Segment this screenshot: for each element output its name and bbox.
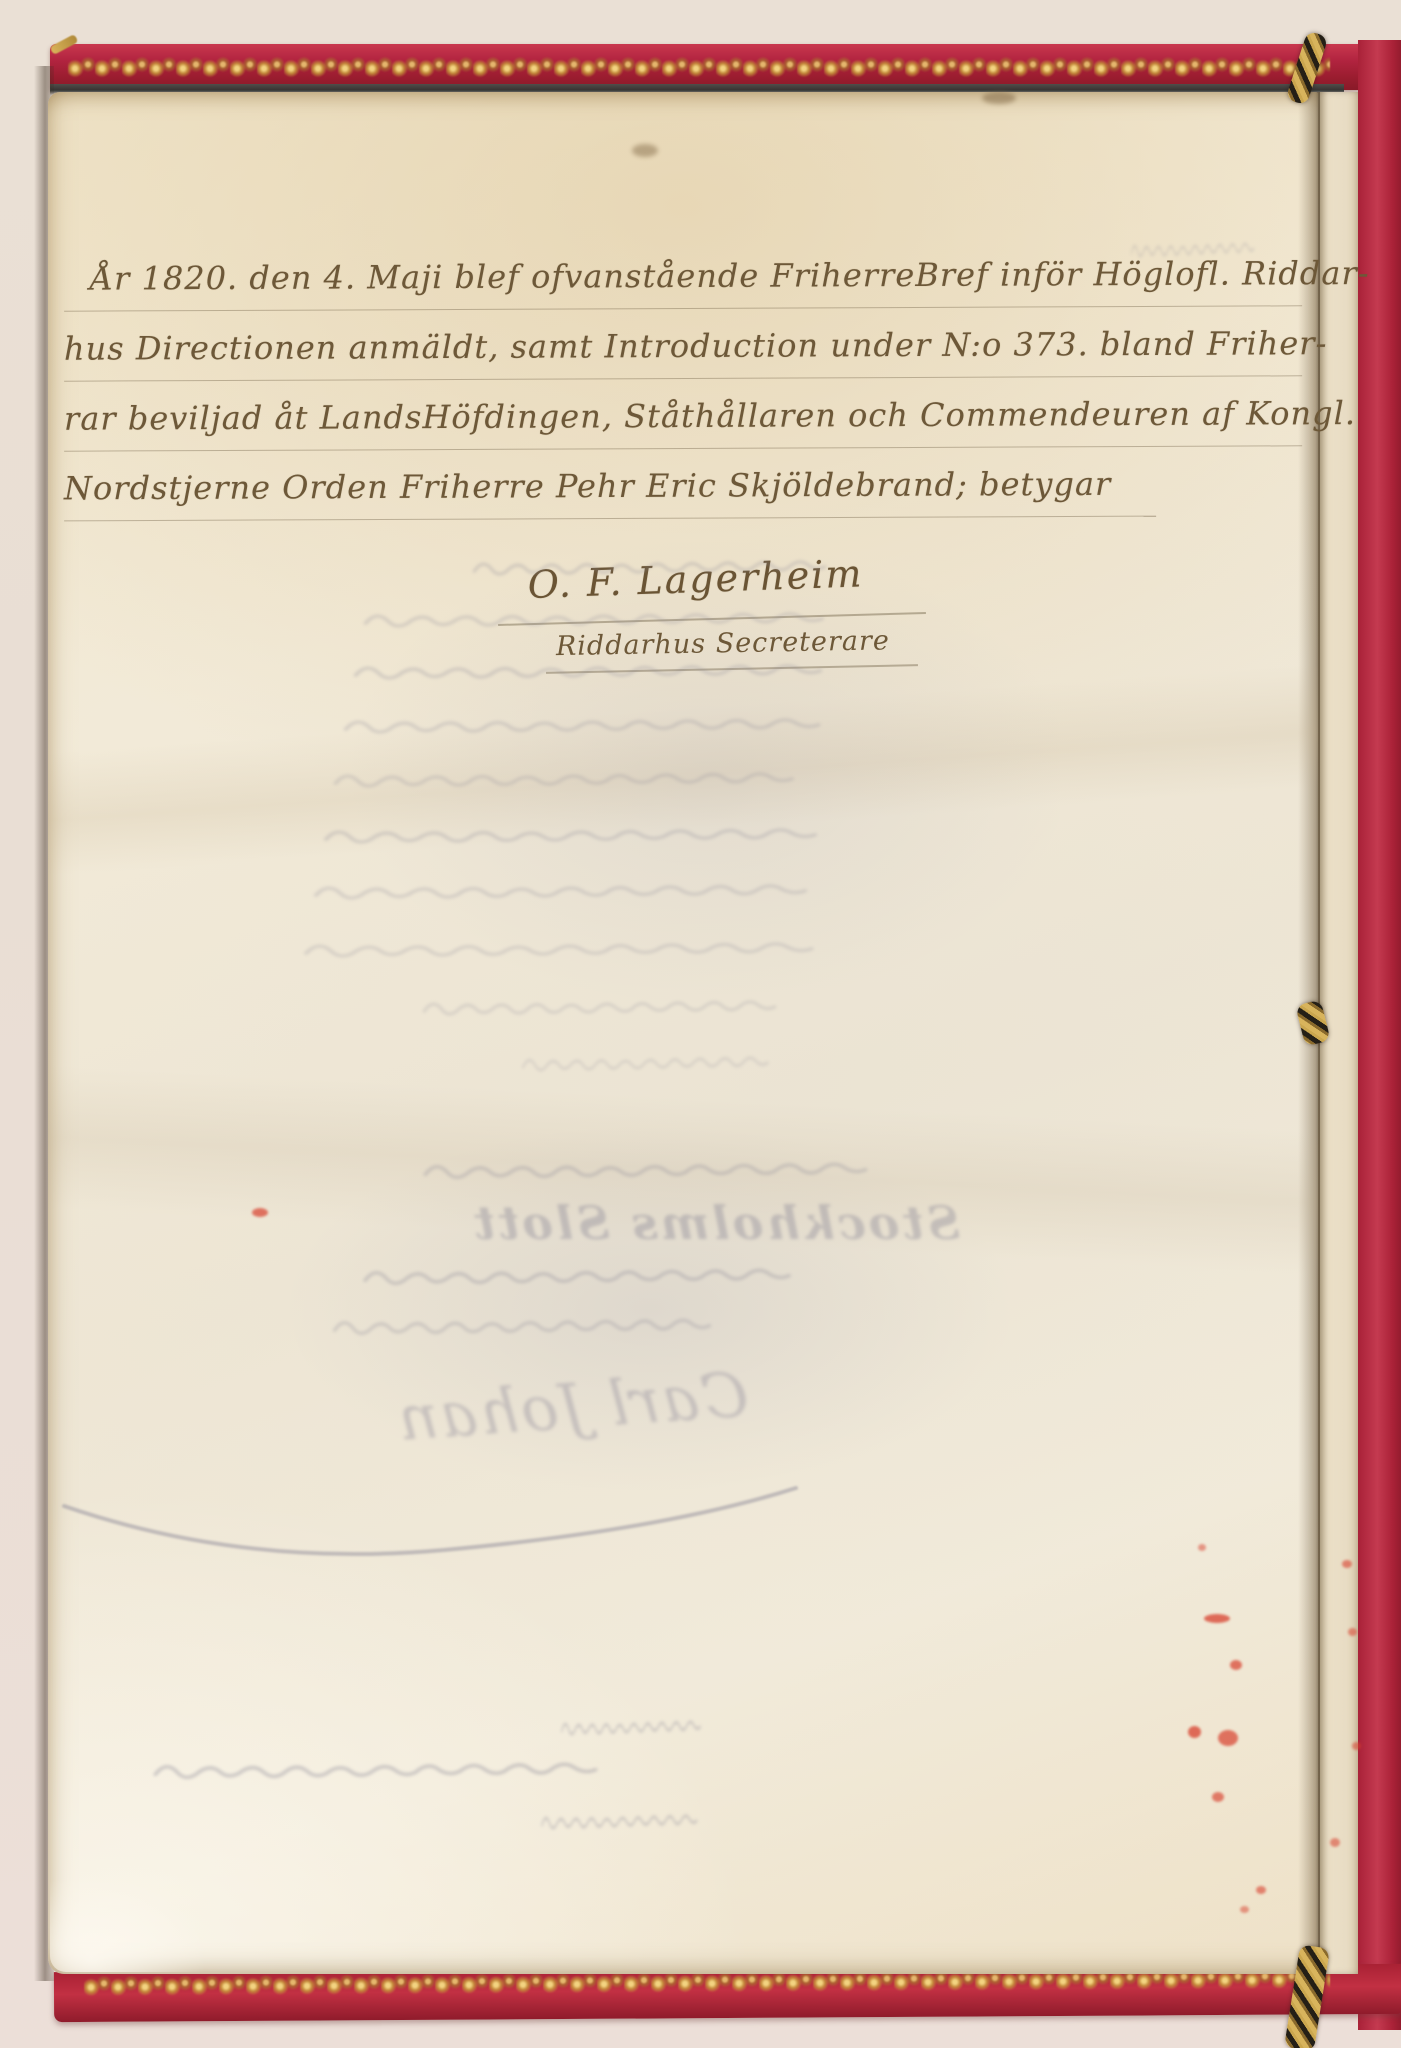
page-corner-curl: [50, 1820, 280, 1972]
red-stain: [1330, 1838, 1340, 1847]
bleedthrough-line: [420, 1158, 960, 1186]
bleedthrough-line: [540, 1810, 730, 1836]
scanned-book-page: År 1820. den 4. Maji blef ofvanstående F…: [0, 0, 1401, 2048]
bleedthrough-line: [520, 1052, 820, 1078]
bleedthrough-heading: Stockholms Slott: [320, 1196, 960, 1256]
manuscript-line-4: Nordstjerne Orden Friherre Pehr Eric Skj…: [64, 454, 1156, 522]
red-stain: [1348, 1628, 1357, 1636]
bleedthrough-line: [340, 714, 920, 740]
bleedthrough-flourish: [60, 1470, 800, 1560]
red-stain: [1256, 1886, 1266, 1894]
gold-tooling-top: [68, 55, 1330, 82]
bleedthrough-line: [300, 938, 920, 964]
red-stain: [1204, 1614, 1230, 1623]
bleedthrough-line: [1130, 238, 1280, 264]
bleedthrough-line: [470, 556, 900, 582]
bleedthrough-line: [310, 880, 910, 906]
ink-stain: [982, 92, 1016, 104]
red-stain: [1218, 1730, 1238, 1746]
red-stain: [1188, 1726, 1201, 1738]
bleedthrough-line: [150, 1758, 690, 1786]
book-cover-right-edge: [1358, 40, 1401, 2030]
red-stain: [252, 1208, 268, 1217]
red-stain: [1240, 1906, 1249, 1913]
ink-stain: [632, 144, 658, 157]
red-stain: [1352, 1742, 1361, 1750]
bleedthrough-line: [420, 996, 850, 1022]
manuscript-line-2: hus Directionen anmäldt, samt Introducti…: [64, 313, 1302, 381]
manuscript-line-1: År 1820. den 4. Maji blef ofvanstående F…: [64, 243, 1302, 311]
bleedthrough-line: [350, 660, 920, 686]
bleedthrough-line: [330, 1314, 790, 1342]
red-stain: [1342, 1560, 1352, 1568]
red-stain: [1198, 1544, 1206, 1551]
bleedthrough-line: [360, 1264, 880, 1292]
red-stain: [1230, 1660, 1242, 1670]
bleedthrough-line: [560, 1716, 730, 1742]
bleedthrough-line: [330, 768, 890, 794]
bleedthrough-line: [360, 608, 920, 634]
bleedthrough-line: [320, 824, 920, 850]
manuscript-line-3: rar beviljad åt LandsHöfdingen, Ståthåll…: [64, 383, 1302, 451]
red-stain: [1212, 1792, 1224, 1802]
